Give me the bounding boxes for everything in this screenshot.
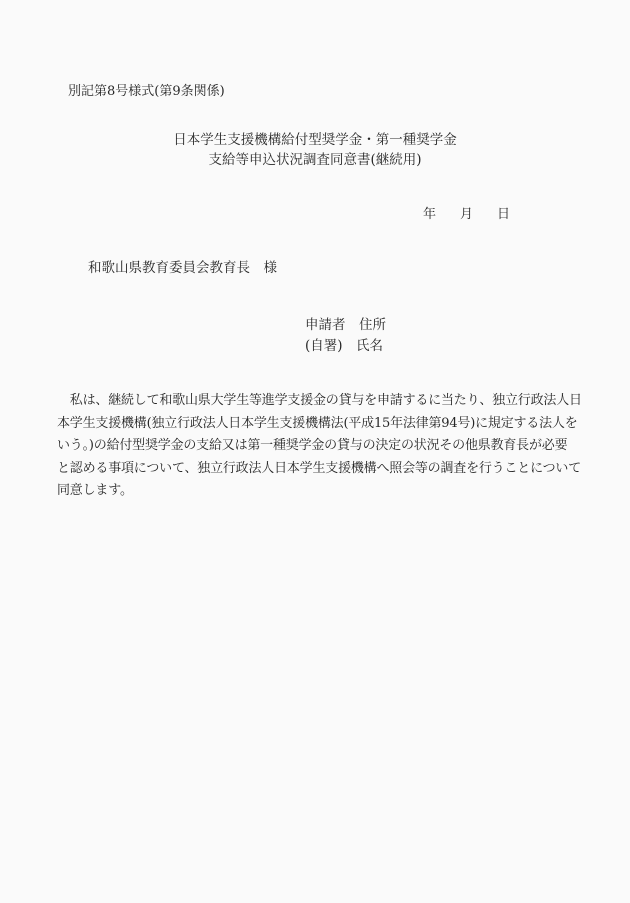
date-line: 年 月 日 [423,203,510,222]
consent-paragraph-line-3: いう。)の給付型奨学金の支給又は第一種奨学金の貸与の決定の状況その他県教育長が必… [57,435,573,458]
day-label: 日 [497,203,510,222]
document-title: 日本学生支援機構給付型奨学金・第一種奨学金 支給等申込状況調査同意書(継続用) [0,131,630,170]
consent-paragraph-line-4: と認める事項について、独立行政法人日本学生支援機構へ照会等の調査を行うことについ… [57,458,573,481]
year-label: 年 [423,203,436,222]
consent-paragraph-line-1: 私は、継続して和歌山県大学生等進学支援金の貸与を申請するに当たり、独立行政法人日 [57,390,573,413]
consent-paragraph-line-2: 本学生支援機構(独立行政法人日本学生支援機構法(平成15年法律第94号)に規定す… [57,413,573,436]
addressee-line: 和歌山県教育委員会教育長 様 [88,256,277,276]
month-label: 月 [460,203,473,222]
document-title-line2: 支給等申込状況調査同意書(継続用) [0,151,630,171]
applicant-name-line: (自署) 氏名 [305,336,386,357]
document-title-line1: 日本学生支援機構給付型奨学金・第一種奨学金 [0,131,630,151]
consent-paragraph: 私は、継続して和歌山県大学生等進学支援金の貸与を申請するに当たり、独立行政法人日… [57,390,573,503]
consent-paragraph-line-5: 同意します。 [57,480,573,503]
applicant-address-line: 申請者 住所 [305,315,386,336]
applicant-block: 申請者 住所 (自署) 氏名 [305,315,386,357]
form-number: 別記第8号様式(第9条関係) [68,80,225,99]
document-page: 別記第8号様式(第9条関係) 日本学生支援機構給付型奨学金・第一種奨学金 支給等… [0,0,630,903]
